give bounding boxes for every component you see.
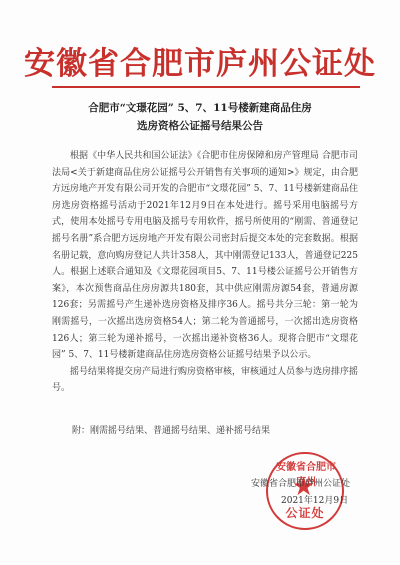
attachment-note: 附：刚需摇号结果、普通摇号结果、递补摇号结果 <box>72 423 270 436</box>
signature-date: 2021年12月9日 <box>281 493 348 506</box>
signature-org: 安徽省合肥市庐州公证处 <box>251 476 350 489</box>
letterhead-divider <box>52 86 360 88</box>
document-title-line1: 合肥市“文璟花园” 5、7、11号楼新建商品住房 <box>0 100 400 115</box>
official-seal: 安徽省合肥市庐州 ★ 公证处 <box>266 452 344 530</box>
body-paragraph-1: 根据《中华人民共和国公证法》《合肥市住房保障和房产管理局 合肥市司法局<关于新建… <box>52 148 358 364</box>
document-title-line2: 选房资格公证摇号结果公告 <box>0 118 400 133</box>
body-paragraph-2: 摇号结果将提交房产局进行购房资格审核，审核通过人员参与选房排序摇号。 <box>52 364 358 397</box>
issuer-letterhead: 安徽省合肥市庐州公证处 <box>0 38 400 83</box>
seal-bottom-text: 公证处 <box>268 504 342 521</box>
document-body: 根据《中华人民共和国公证法》《合肥市住房保障和房产管理局 合肥市司法局<关于新建… <box>52 148 358 397</box>
